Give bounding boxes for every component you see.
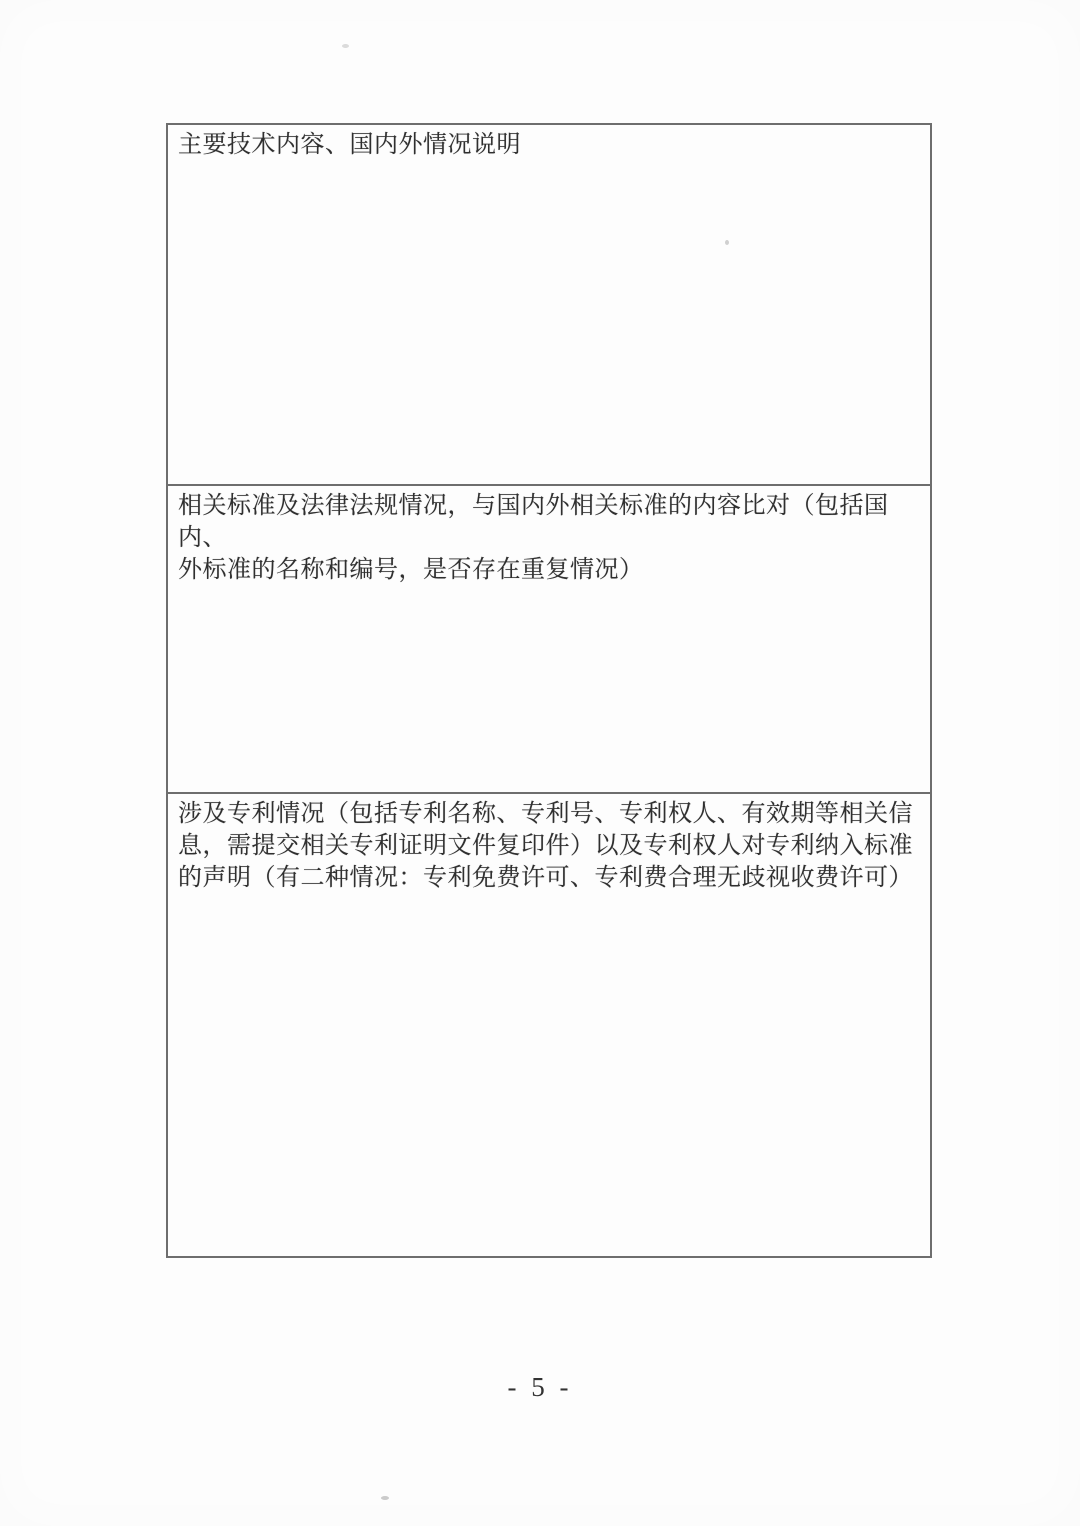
form-table: 主要技术内容、国内外情况说明 相关标准及法律法规情况，与国内外相关标准的内容比对… (166, 123, 932, 1258)
table-row-related-standards: 相关标准及法律法规情况，与国内外相关标准的内容比对（包括国内、 外标准的名称和编… (168, 486, 930, 794)
table-row-main-technical-content: 主要技术内容、国内外情况说明 (168, 125, 930, 486)
scan-speck (342, 44, 349, 48)
table-row-patent-involvement: 涉及专利情况（包括专利名称、专利号、专利权人、有效期等相关信 息，需提交相关专利… (168, 794, 930, 1256)
page-number: - 5 - (0, 1372, 1080, 1403)
scan-speck (381, 1496, 389, 1500)
row-label-related-standards: 相关标准及法律法规情况，与国内外相关标准的内容比对（包括国内、 外标准的名称和编… (168, 486, 930, 586)
scanned-document-page: 主要技术内容、国内外情况说明 相关标准及法律法规情况，与国内外相关标准的内容比对… (0, 0, 1080, 1526)
row-label-patent-involvement: 涉及专利情况（包括专利名称、专利号、专利权人、有效期等相关信 息，需提交相关专利… (168, 794, 930, 894)
scan-speck (725, 240, 729, 245)
row-label-main-technical-content: 主要技术内容、国内外情况说明 (168, 125, 930, 161)
